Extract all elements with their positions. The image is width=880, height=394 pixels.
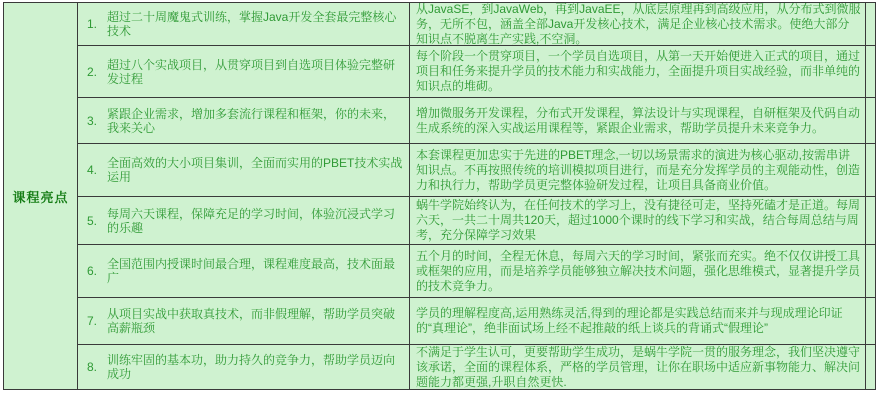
- highlight-text: 训练牢固的基本功，助力持久的竞争力，帮助学员迈向成功: [107, 353, 403, 381]
- highlight-point-cell: 3. 紧跟企业需求，增加多套流行课程和框架，你的未来，我来关心: [78, 98, 410, 143]
- highlight-detail-cell: 每个阶段一个贯穿项目，一个学员自选项目，从第一天开始便进入正式的项目，通过项目和…: [410, 46, 866, 97]
- table-header-label: 课程亮点: [12, 187, 68, 206]
- highlight-point-cell: 5. 每周六天课程，保障充足的学习时间，体验沉浸式学习的乐趣: [78, 197, 410, 244]
- highlight-text: 超过二十周魔鬼式训练，掌握Java开发全套最完整核心技术: [107, 10, 403, 38]
- highlight-detail-cell: 学员的理解程度高,运用熟练灵活,得到的理论都是实践总结而来并与现成理论印证的“真…: [410, 298, 866, 344]
- row-group-header-cell: 课程亮点: [4, 3, 78, 389]
- highlight-point-cell: 7. 从项目实战中获取真技术，而非假理解，帮助学员突破高薪瓶颈: [78, 298, 410, 344]
- row-number: 1.: [87, 17, 107, 31]
- highlight-detail-cell: 从JavaSE，到JavaWeb，再到JavaEE，从底层原理再到高级应用，从分…: [410, 3, 866, 45]
- detail-text: 从JavaSE，到JavaWeb，再到JavaEE，从底层原理再到高级应用，从分…: [416, 3, 861, 45]
- table-row: 8. 训练牢固的基本功，助力持久的竞争力，帮助学员迈向成功 不满足于学生认可，更…: [78, 345, 875, 389]
- table-row: 7. 从项目实战中获取真技术，而非假理解，帮助学员突破高薪瓶颈 学员的理解程度高…: [78, 298, 875, 345]
- highlight-detail-cell: 本套课程更加忠实于先进的PBET理念,一切以场景需求的演进为核心驱动,按需串讲知…: [410, 144, 866, 196]
- cutoff-cell: [866, 98, 875, 143]
- table-row: 5. 每周六天课程，保障充足的学习时间，体验沉浸式学习的乐趣 蜗牛学院始终认为，…: [78, 197, 875, 245]
- highlight-detail-cell: 增加微服务开发课程，分布式开发课程，算法设计与实现课程，自研框架及代码自动生成系…: [410, 98, 866, 143]
- row-number: 7.: [87, 314, 107, 328]
- highlight-text: 全面高效的大小项目集训，全面而实用的PBET技术实战运用: [107, 156, 403, 184]
- detail-text: 五个月的时间，全程无休息，每周六天的学习时间，紧张而充实。绝不仅仅讲授工具或框架…: [416, 249, 861, 294]
- cutoff-cell: [866, 144, 875, 196]
- row-number: 3.: [87, 114, 107, 128]
- detail-text: 学员的理解程度高,运用熟练灵活,得到的理论都是实践总结而来并与现成理论印证的“真…: [416, 306, 861, 336]
- highlight-point-cell: 4. 全面高效的大小项目集训，全面而实用的PBET技术实战运用: [78, 144, 410, 196]
- row-number: 2.: [87, 65, 107, 79]
- row-number: 6.: [87, 264, 107, 278]
- highlight-point-cell: 8. 训练牢固的基本功，助力持久的竞争力，帮助学员迈向成功: [78, 345, 410, 389]
- highlight-text: 每周六天课程，保障充足的学习时间，体验沉浸式学习的乐趣: [107, 207, 403, 235]
- detail-text: 每个阶段一个贯穿项目，一个学员自选项目，从第一天开始便进入正式的项目，通过项目和…: [416, 49, 861, 94]
- highlight-text: 紧跟企业需求，增加多套流行课程和框架，你的未来，我来关心: [107, 107, 403, 135]
- highlight-point-cell: 1. 超过二十周魔鬼式训练，掌握Java开发全套最完整核心技术: [78, 3, 410, 45]
- detail-text: 蜗牛学院始终认为，在任何技术的学习上，没有捷径可走，坚持死磕才是正道。每周六天，…: [416, 198, 861, 243]
- highlight-text: 从项目实战中获取真技术，而非假理解，帮助学员突破高薪瓶颈: [107, 307, 403, 335]
- cutoff-cell: [866, 245, 875, 297]
- table-row: 3. 紧跟企业需求，增加多套流行课程和框架，你的未来，我来关心 增加微服务开发课…: [78, 98, 875, 144]
- detail-text: 本套课程更加忠实于先进的PBET理念,一切以场景需求的演进为核心驱动,按需串讲知…: [416, 148, 861, 193]
- course-highlights-table: 课程亮点 1. 超过二十周魔鬼式训练，掌握Java开发全套最完整核心技术 从Ja…: [3, 2, 876, 390]
- highlight-detail-cell: 五个月的时间，全程无休息，每周六天的学习时间，紧张而充实。绝不仅仅讲授工具或框架…: [410, 245, 866, 297]
- cutoff-cell: [866, 298, 875, 344]
- row-number: 5.: [87, 214, 107, 228]
- detail-text: 不满足于学生认可，更要帮助学生成功，是蜗牛学院一贯的服务理念，我们坚决遵守该承诺…: [416, 345, 861, 389]
- highlight-text: 超过八个实战项目，从贯穿项目到自选项目体验完整研发过程: [107, 58, 403, 86]
- cutoff-cell: [866, 197, 875, 244]
- highlight-detail-cell: 蜗牛学院始终认为，在任何技术的学习上，没有捷径可走，坚持死磕才是正道。每周六天，…: [410, 197, 866, 244]
- table-row: 2. 超过八个实战项目，从贯穿项目到自选项目体验完整研发过程 每个阶段一个贯穿项…: [78, 46, 875, 98]
- detail-text: 增加微服务开发课程，分布式开发课程，算法设计与实现课程，自研框架及代码自动生成系…: [416, 106, 861, 136]
- cutoff-cell: [866, 46, 875, 97]
- highlight-text: 全国范围内授课时间最合理，课程难度最高，技术面最广: [107, 257, 403, 285]
- table-row: 4. 全面高效的大小项目集训，全面而实用的PBET技术实战运用 本套课程更加忠实…: [78, 144, 875, 197]
- highlight-point-cell: 6. 全国范围内授课时间最合理，课程难度最高，技术面最广: [78, 245, 410, 297]
- highlight-point-cell: 2. 超过八个实战项目，从贯穿项目到自选项目体验完整研发过程: [78, 46, 410, 97]
- table-body: 1. 超过二十周魔鬼式训练，掌握Java开发全套最完整核心技术 从JavaSE，…: [78, 3, 875, 389]
- table-row: 1. 超过二十周魔鬼式训练，掌握Java开发全套最完整核心技术 从JavaSE，…: [78, 3, 875, 46]
- row-number: 4.: [87, 163, 107, 177]
- highlight-detail-cell: 不满足于学生认可，更要帮助学生成功，是蜗牛学院一贯的服务理念，我们坚决遵守该承诺…: [410, 345, 866, 389]
- cutoff-cell: [866, 345, 875, 389]
- table-row: 6. 全国范围内授课时间最合理，课程难度最高，技术面最广 五个月的时间，全程无休…: [78, 245, 875, 298]
- row-number: 8.: [87, 360, 107, 374]
- cutoff-cell: [866, 3, 875, 45]
